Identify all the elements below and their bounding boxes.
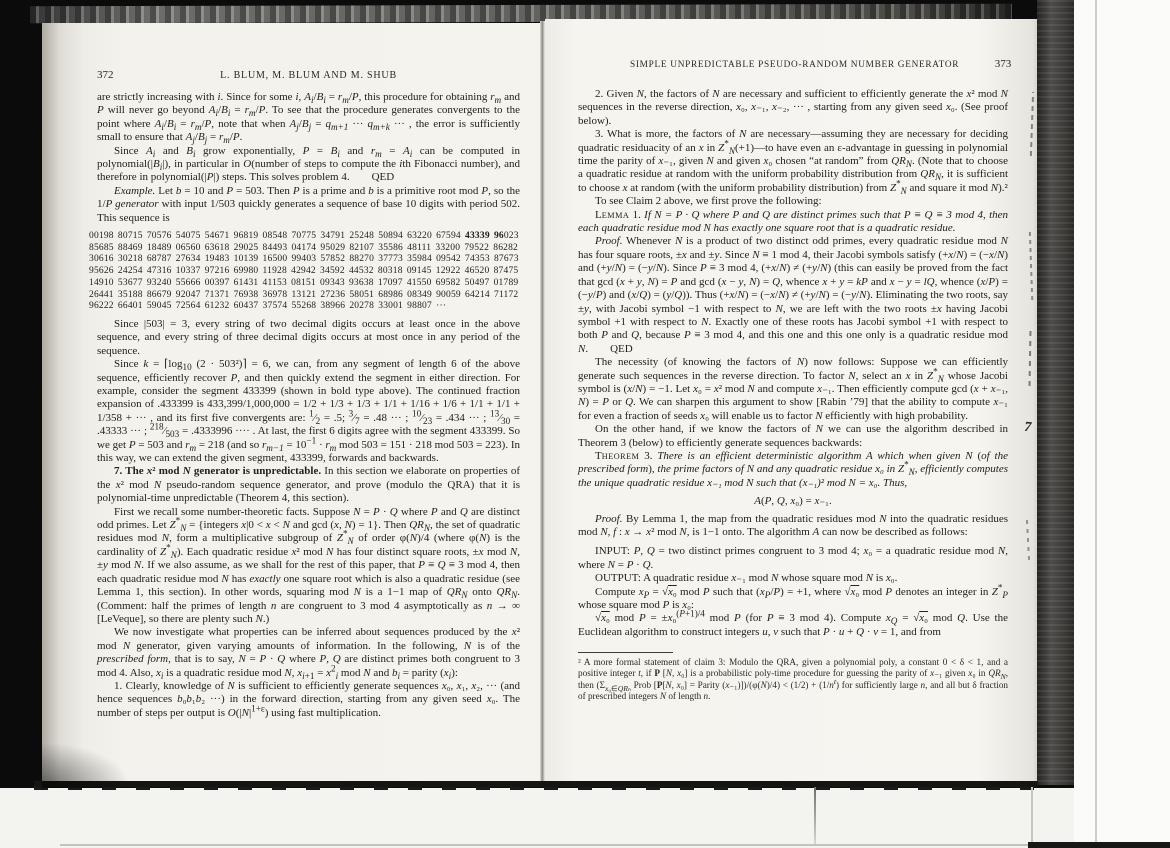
paragraph: √x₀ mod P = ±x₀(P+1)/4 mod P (for P ≡ 3 … bbox=[578, 612, 1008, 639]
book-gutter bbox=[540, 21, 545, 785]
paragraph: are strictly increasing with i. Since fo… bbox=[97, 91, 520, 145]
right-page-header: SIMPLE UNPREDICTABLE PSEUDO-RANDOM NUMBE… bbox=[578, 58, 1008, 70]
left-page-body: are strictly increasing with i. Since fo… bbox=[97, 91, 520, 720]
sequence-line: 26441 35188 86679 92047 71371 76938 3697… bbox=[89, 290, 520, 302]
lemma-proof-paragraph: Proof. Whenever N is a product of two di… bbox=[578, 235, 1008, 356]
sequence-line: 00198 80715 70576 54075 54671 96819 0854… bbox=[89, 231, 520, 243]
paragraph: To see Claim 2 above, we first prove the… bbox=[578, 195, 1008, 208]
lemma-1-paragraph: LEMMA 1. If N = P · Q where P and Q are … bbox=[578, 209, 1008, 236]
paper-edge-line bbox=[1095, 0, 1097, 848]
running-head-left: L. BLUM, M. BLUM AND M. SHUB bbox=[149, 70, 468, 81]
page-bottom-edge bbox=[34, 781, 1038, 787]
page-number-right: 373 bbox=[959, 58, 1011, 70]
running-head-right: SIMPLE UNPREDICTABLE PSEUDO-RANDOM NUMBE… bbox=[630, 60, 959, 70]
right-page: SIMPLE UNPREDICTABLE PSEUDO-RANDOM NUMBE… bbox=[545, 19, 1037, 785]
left-page-header: 372 L. BLUM, M. BLUM AND M. SHUB bbox=[97, 69, 520, 81]
footnote: ² A more formal statement of claim 3: Mo… bbox=[578, 652, 1008, 702]
footnote-text: ² A more formal statement of claim 3: Mo… bbox=[578, 657, 1008, 702]
paragraph: On the other hand, if we know the factor… bbox=[578, 423, 1008, 450]
bottom-shadow-line bbox=[1028, 842, 1170, 848]
theorem-3-paragraph: THEOREM 3. There is an efficient determi… bbox=[578, 450, 1008, 490]
paragraph: Since k = ⌈log10 (2 · 503²)⌉ = 6, we can… bbox=[97, 358, 520, 465]
left-page: 372 L. BLUM, M. BLUM AND M. SHUB are str… bbox=[42, 23, 543, 786]
section-7-heading-paragraph: 7. The x² mod N generator is unpredictab… bbox=[97, 465, 520, 505]
book-fore-edge bbox=[1037, 0, 1074, 785]
sequence-line: 96222 66401 59045 72564 61232 60437 3757… bbox=[89, 301, 520, 313]
right-page-body: 2. Given N, the factors of N are necessa… bbox=[578, 88, 1008, 702]
sequence-line: 85685 88469 18489 06560 63618 29025 8449… bbox=[89, 243, 520, 255]
paragraph: 3. What is more, the factors of N are ne… bbox=[578, 128, 1008, 195]
paragraph: Since |503| = 3, every string of two dec… bbox=[97, 318, 520, 358]
sequence-line: 30616 30218 68787 27634 19483 10139 1650… bbox=[89, 254, 520, 266]
theorem-proof-paragraph: Proof. By Lemma 1, the map from the quad… bbox=[578, 513, 1008, 540]
page-corner-shadow bbox=[42, 742, 132, 788]
sequence-line: 14910 53677 93240 55666 00397 61431 4115… bbox=[89, 278, 520, 290]
sequence-line: 95626 24254 47316 10337 97216 69980 1192… bbox=[89, 266, 520, 278]
paragraph: 2. Given N, the factors of N are necessa… bbox=[578, 88, 1008, 128]
page-stack-crease bbox=[1031, 787, 1033, 842]
bottom-faint-line bbox=[60, 844, 1028, 846]
photo-right-margin bbox=[1074, 0, 1170, 848]
equation: A(P, Q, x₀) = x₋₁. bbox=[578, 495, 1008, 508]
paragraph: The necessity (of knowing the factors of… bbox=[578, 356, 1008, 423]
paragraph: Example. Let b = 10 and P = 503. Then P … bbox=[97, 185, 520, 225]
input-paragraph: INPUT: P, Q = two distinct primes congru… bbox=[578, 545, 1008, 572]
page-stack-crease bbox=[814, 787, 816, 845]
paragraph: First we recall some number-theoretic fa… bbox=[97, 506, 520, 627]
output-paragraph: OUTPUT: A quadratic residue x₋₁ mod N wh… bbox=[578, 572, 1008, 585]
footnote-rule bbox=[578, 652, 673, 653]
paragraph: Since Ai and Bi grow exponentially, P = … bbox=[97, 145, 520, 185]
paragraph: We now investigate what properties can b… bbox=[97, 626, 520, 680]
paragraph: 1. Clearly, knowledge of N is sufficient… bbox=[97, 680, 520, 720]
page-number-left: 372 bbox=[97, 69, 149, 81]
book-bottom-page-stack bbox=[0, 788, 1170, 848]
paragraph: Compute xP = √x₀ mod P such that (xP/P) … bbox=[578, 586, 1008, 613]
digit-sequence-block: 00198 80715 70576 54075 54671 96819 0854… bbox=[89, 231, 520, 313]
